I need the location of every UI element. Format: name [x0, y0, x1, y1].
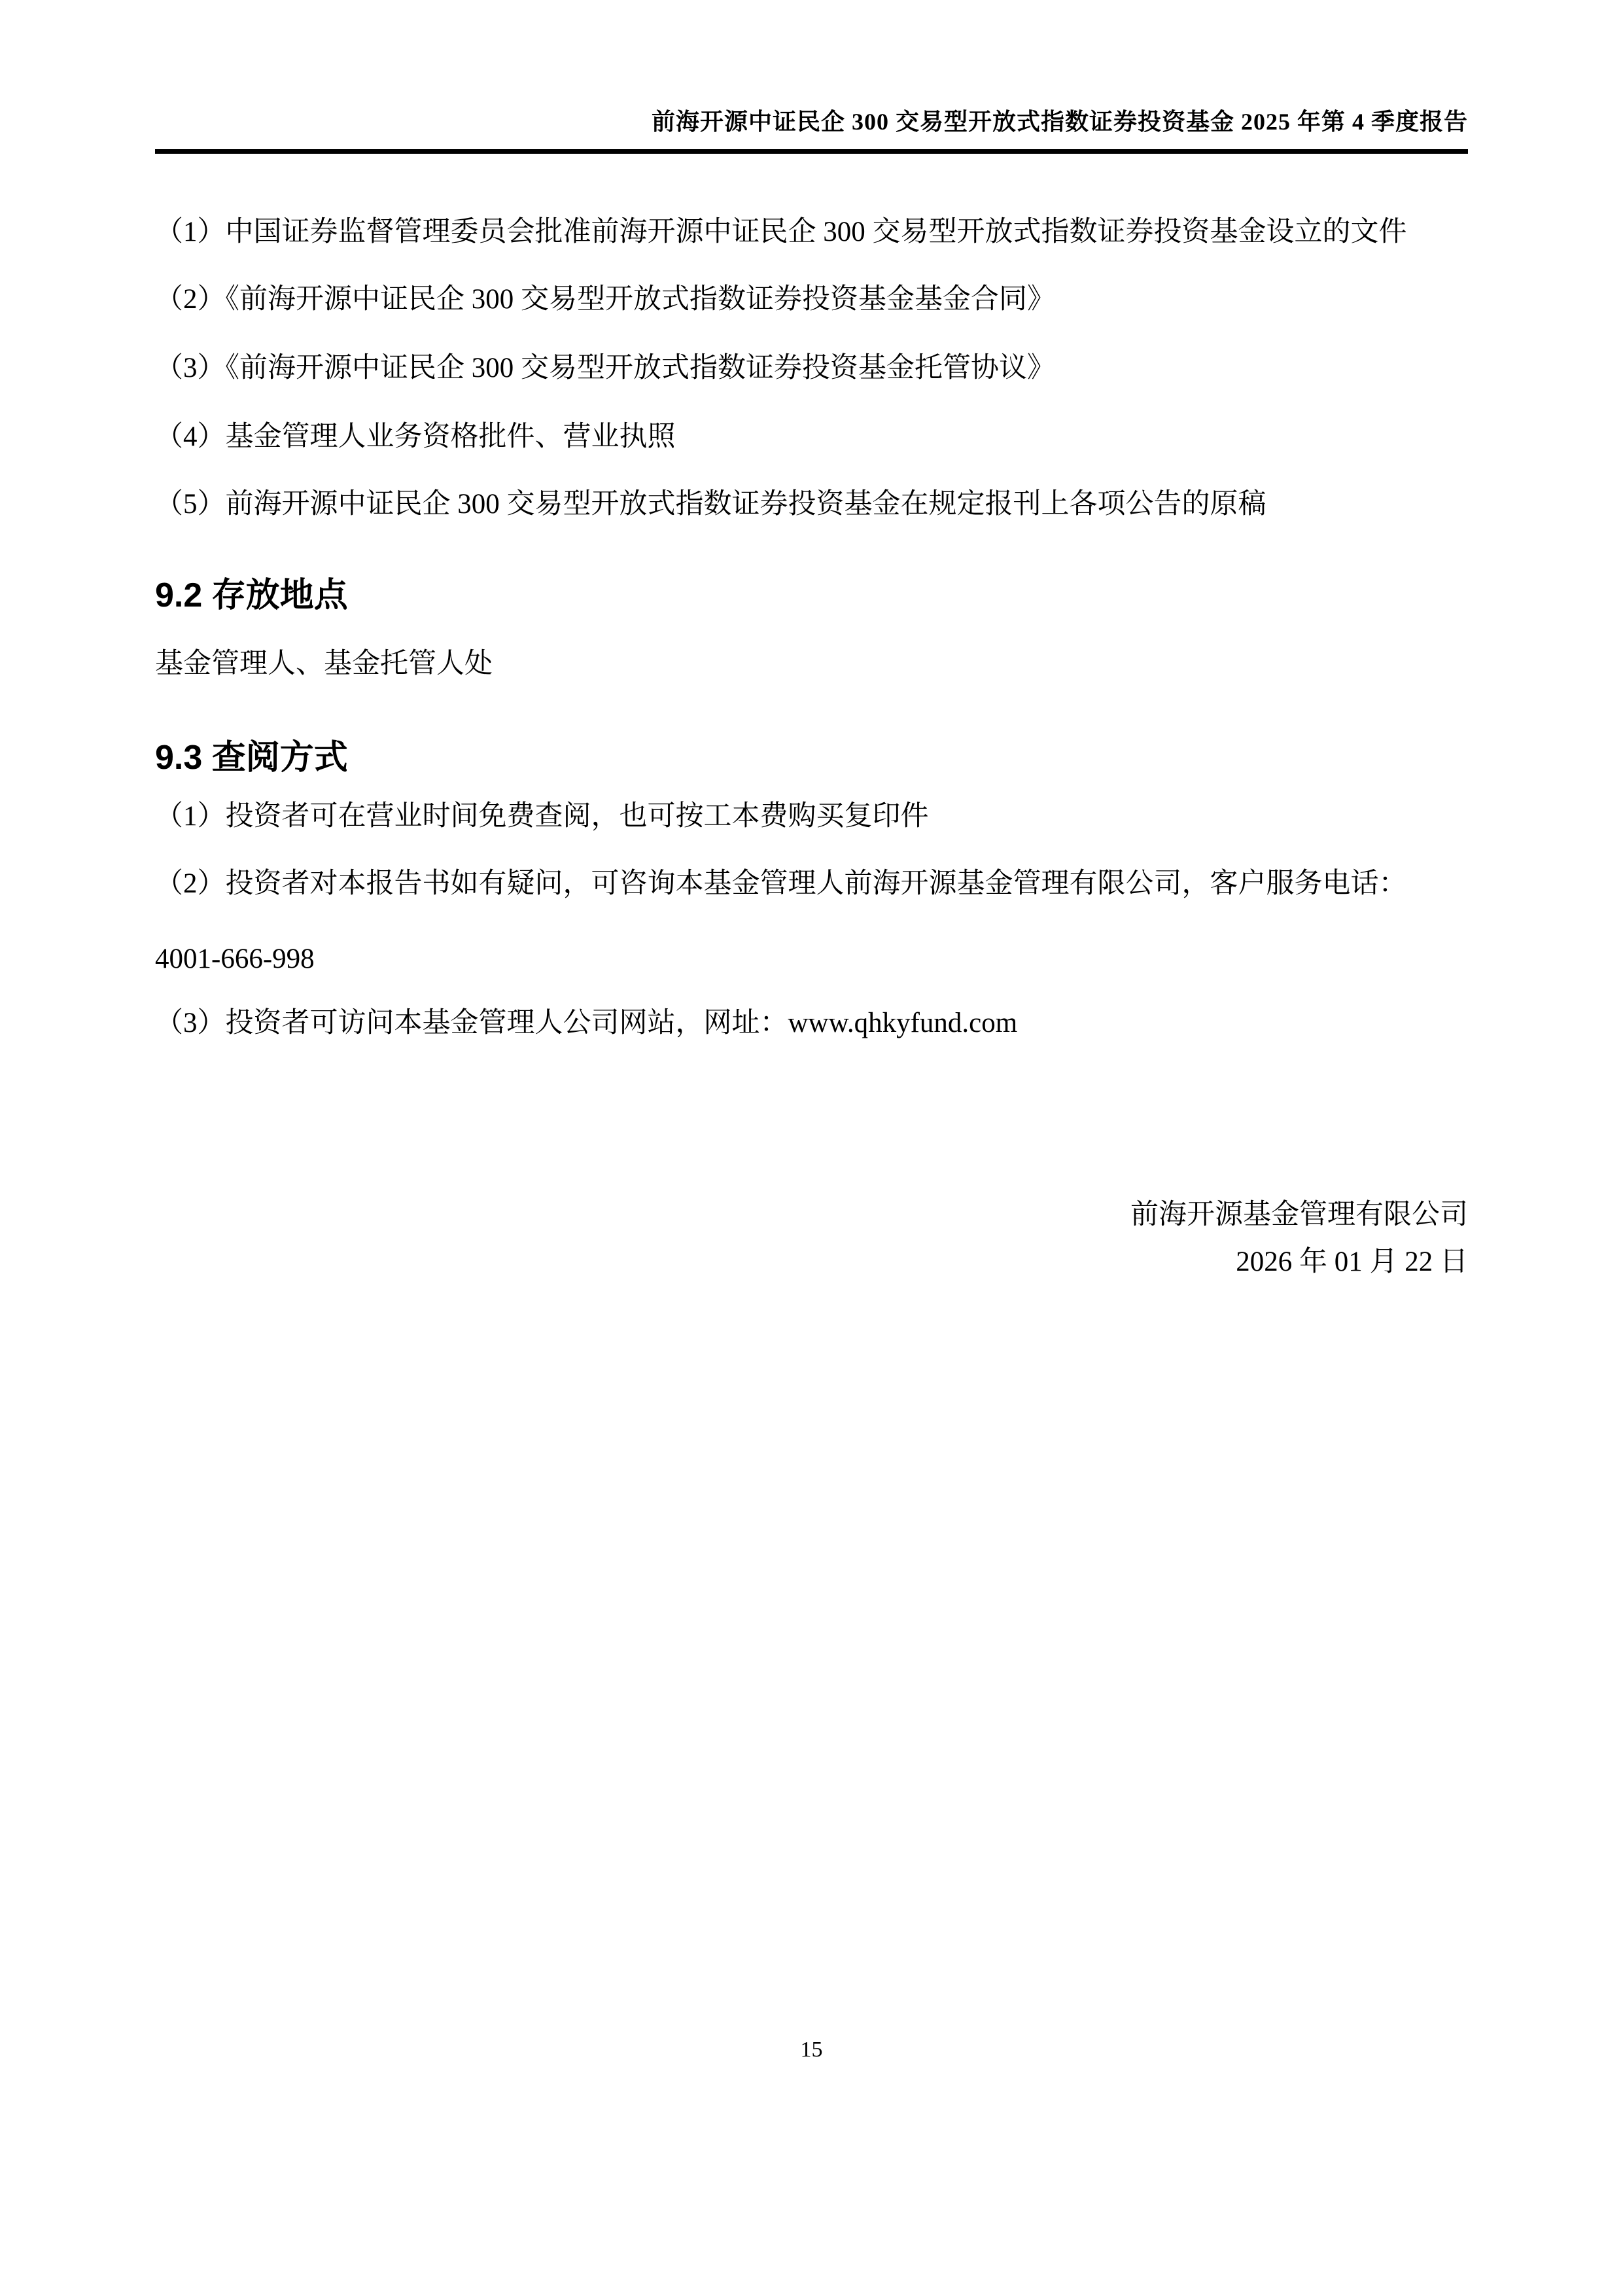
storage-location-body: 基金管理人、基金托管人处	[155, 646, 1468, 682]
section-heading-storage-location: 9.2 存放地点	[155, 574, 1468, 616]
access-method-item: （3）投资者可访问本基金管理人公司网站，网址：www.qhkyfund.com	[155, 1006, 1468, 1041]
page-header-title: 前海开源中证民企 300 交易型开放式指数证券投资基金 2025 年第 4 季度…	[155, 107, 1468, 137]
archive-item: （4）基金管理人业务资格批件、营业执照	[155, 419, 1468, 455]
signature-company-name: 前海开源基金管理有限公司	[155, 1197, 1468, 1233]
archive-item: （5）前海开源中证民企 300 交易型开放式指数证券投资基金在规定报刊上各项公告…	[155, 487, 1468, 522]
page-number: 15	[155, 2036, 1468, 2064]
archive-item: （3）《前海开源中证民企 300 交易型开放式指数证券投资基金托管协议》	[155, 351, 1468, 386]
archive-item: （1）中国证券监督管理委员会批准前海开源中证民企 300 交易型开放式指数证券投…	[155, 215, 1468, 250]
report-page: 前海开源中证民企 300 交易型开放式指数证券投资基金 2025 年第 4 季度…	[0, 0, 1623, 2296]
section-heading-access-method: 9.3 查阅方式	[155, 737, 1468, 779]
customer-service-phone: 4001-666-998	[155, 942, 1468, 977]
archive-item: （2）《前海开源中证民企 300 交易型开放式指数证券投资基金基金合同》	[155, 282, 1468, 317]
header-divider-rule	[155, 149, 1468, 154]
access-method-item: （1）投资者可在营业时间免费查阅，也可按工本费购买复印件	[155, 799, 1468, 834]
signature-date: 2026 年 01 月 22 日	[155, 1245, 1468, 1280]
access-method-item: （2）投资者对本报告书如有疑问，可咨询本基金管理人前海开源基金管理有限公司，客户…	[155, 866, 1468, 902]
